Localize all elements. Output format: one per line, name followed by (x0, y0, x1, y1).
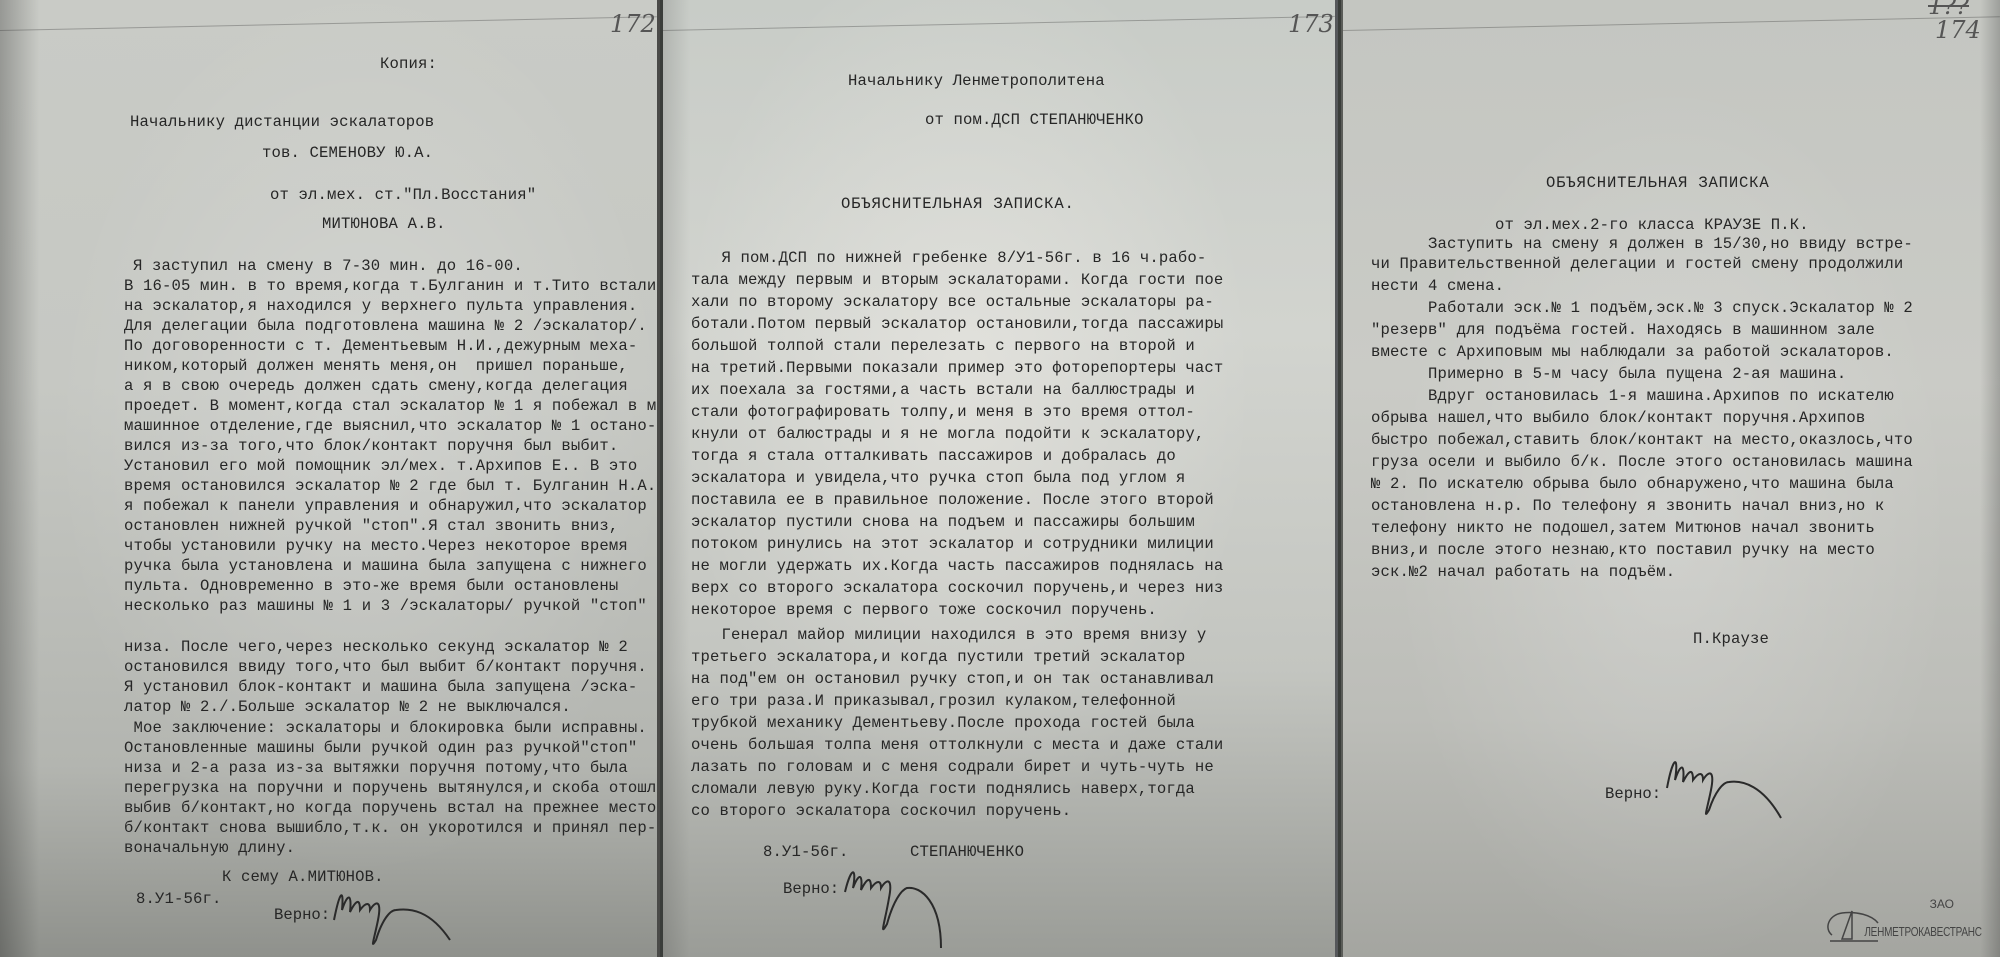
body-line: ботали.Потом первый эскалатор остановили… (691, 317, 1223, 333)
document-page-174: 1?? 174 ОБЪЯСНИТЕЛЬНАЯ ЗАПИСКА от эл.мех… (1341, 0, 2000, 957)
body-line: проедет. В момент,когда стал эскалатор №… (124, 399, 660, 415)
body-line: Я установил блок-контакт и машина была з… (124, 680, 637, 696)
company-watermark: ЗАО ЛЕНМЕТРОКАВЕСТРАНС (1822, 897, 1982, 947)
fold-line (1343, 16, 2000, 31)
certified-label: Верно: (274, 906, 330, 924)
document-title: ОБЪЯСНИТЕЛЬНАЯ ЗАПИСКА. (841, 197, 1075, 213)
body-line: очень большая толпа меня оттолкнули с ме… (691, 738, 1223, 754)
body-line: нести 4 смена. (1371, 279, 1504, 295)
document-date: 8.У1-56г. (136, 892, 222, 908)
closing-signature-text: П.Краузе (1693, 632, 1769, 648)
folio-number: 174 (1935, 16, 1981, 44)
watermark-company-name: ЛЕНМЕТРОКАВЕСТРАНС (1865, 925, 1982, 939)
fold-line (663, 16, 1335, 31)
body-line: выбив б/контакт,но когда поручень встал … (124, 801, 656, 817)
body-line: ником,который должен менять меня,он приш… (124, 359, 628, 375)
document-page-173: 173 Начальнику Ленметрополитена от пом.Д… (663, 0, 1338, 957)
body-line: остановлен нижней ручкой "стоп".Я стал з… (124, 519, 618, 535)
body-line: чи Правительственной делегации и гостей … (1371, 257, 1903, 273)
copy-mark: Копия: (380, 57, 437, 73)
body-line: на под"ем он остановил ручку стоп,и он т… (691, 672, 1214, 688)
body-line: хали по второму эскалатору все остальные… (691, 295, 1214, 311)
body-line: на третий.Первыми показали пример это фо… (691, 361, 1223, 377)
addressee-line: Начальнику Ленметрополитена (848, 74, 1105, 90)
body-line: латор № 2./.Больше эскалатор № 2 не выкл… (124, 700, 571, 716)
body-line: несколько раз машины № 1 и 3 /эскалаторы… (124, 599, 647, 615)
body-line: По договоренности с т. Дементьевым Н.И.,… (124, 339, 637, 355)
certified-label: Верно: (783, 880, 839, 898)
body-line: эскалатора и увидела,что ручка стоп была… (691, 471, 1185, 487)
body-line: время остановился эскалатор № 2 где был … (124, 479, 656, 495)
body-line: вместе с Архиповым мы наблюдали за работ… (1371, 345, 1894, 361)
handwritten-signature-icon (1663, 748, 1793, 828)
addressee-line: Начальнику дистанции эскалаторов (130, 115, 434, 131)
handwritten-signature-icon (841, 862, 971, 952)
body-line: стали фотографировать толпу,и меня в это… (691, 405, 1195, 421)
body-line: "резерв" для подъёма гостей. Находясь в … (1371, 323, 1875, 339)
body-line: его три раза.И приказывал,грозил кулаком… (691, 694, 1176, 710)
body-line: вился из-за того,что блок/контакт поручн… (124, 439, 618, 455)
body-line: Работали эск.№ 1 подъём,эск.№ 3 спуск.Эс… (1371, 301, 1913, 317)
body-line: эск.№2 начал работать на подъём. (1371, 565, 1675, 581)
body-line: кнули от балюстрады и я не могла подойти… (691, 427, 1204, 443)
body-line: пульта. Одновременно в это-же время были… (124, 579, 618, 595)
addressee-name: тов. СЕМЕНОВУ Ю.А. (262, 146, 433, 162)
body-line: Генерал майор милиции находился в это вр… (693, 628, 1206, 644)
body-line: перегрузка на поручни и поручень вытянул… (124, 781, 660, 797)
body-line: воначальную длину. (124, 841, 295, 857)
body-line: низа. После чего,через несколько секунд … (124, 640, 628, 656)
folio-number: 173 (1288, 10, 1334, 38)
body-line: большой толпой стали перелезать с первог… (691, 339, 1195, 355)
certified-label: Верно: (1605, 785, 1661, 803)
handwritten-signature-icon (330, 880, 460, 957)
body-line: остановлена н.р. По телефону я звонить н… (1371, 499, 1884, 515)
body-line: на эскалатор,я находился у верхнего пуль… (124, 299, 637, 315)
sender-line: от пом.ДСП СТЕПАНЮЧЕНКО (925, 113, 1144, 129)
body-line: их поехала за гостями,а часть встали на … (691, 383, 1195, 399)
document-title: ОБЪЯСНИТЕЛЬНАЯ ЗАПИСКА (1546, 176, 1769, 192)
body-line: со второго эскалатора соскочил поручень. (691, 804, 1071, 820)
folio-number: 172 (610, 10, 656, 38)
body-line: сломали левую руку.Когда гости поднялись… (691, 782, 1195, 798)
body-line: а я в свою очередь должен сдать смену,ко… (124, 379, 628, 395)
body-line: верх со второго эскалатора соскочил пору… (691, 581, 1223, 597)
body-line: В 16-05 мин. в то время,когда т.Булганин… (124, 279, 656, 295)
document-page-172: 172 Копия: Начальнику дистанции эскалато… (0, 0, 660, 957)
fold-line (0, 16, 657, 31)
body-line: трубкой механику Дементьеву.После проход… (691, 716, 1195, 732)
body-line: Для делегации была подготовлена машина №… (124, 319, 647, 335)
body-line: Вдруг остановилась 1-я машина.Архипов по… (1371, 389, 1894, 405)
body-line: Примерно в 5-м часу была пущена 2-ая маш… (1371, 367, 1846, 383)
body-line: Я заступил на смену в 7-30 мин. до 16-00… (114, 259, 523, 275)
document-date: 8.У1-56г. (763, 845, 849, 861)
sender-name: МИТЮНОВА А.В. (322, 217, 446, 233)
body-line: телефону никто не подошел,затем Митюнов … (1371, 521, 1875, 537)
body-line: остановился ввиду того,что был выбит б/к… (124, 660, 647, 676)
body-line: некоторое время с первого тоже соскочил … (691, 603, 1157, 619)
body-line: третьего эскалатора,и когда пустили трет… (691, 650, 1185, 666)
watermark-zao: ЗАО (1930, 897, 1954, 911)
sender-line: от эл.мех.2-го класса КРАУЗЕ П.К. (1495, 218, 1809, 234)
body-line: потоком ринулись на этот эскалатор и сот… (691, 537, 1214, 553)
sender-line: от эл.мех. ст."Пл.Восстания" (270, 188, 536, 204)
body-line: эскалатор пустили снова на подъем и пасс… (691, 515, 1195, 531)
body-line: Я пом.ДСП по нижней гребенке 8/У1-56г. в… (693, 251, 1206, 267)
body-line: Остановленные машины были ручкой один ра… (124, 741, 637, 757)
body-line: быстро побежал,ставить блок/контакт на м… (1371, 433, 1913, 449)
body-line: низа и 2-а раза из-за вытяжки поручня по… (124, 761, 628, 777)
body-line: Мое заключение: эскалаторы и блокировка … (124, 721, 647, 737)
body-line: Заступить на смену я должен в 15/30,но в… (1371, 237, 1913, 253)
closing-signature-text: СТЕПАНЮЧЕНКО (910, 845, 1024, 861)
body-line: № 2. По искателю обрыва было обнаружено,… (1371, 477, 1894, 493)
body-line: вниз,и после этого незнаю,кто поставил р… (1371, 543, 1875, 559)
body-line: обрыва нашел,что выбило блок/контакт пор… (1371, 411, 1865, 427)
body-line: тогда я стала отталкивать пассажиров и д… (691, 449, 1176, 465)
body-line: Установил его мой помощник эл/мех. т.Арх… (124, 459, 637, 475)
body-line: б/контакт снова вышибло,т.к. он укоротил… (124, 821, 656, 837)
body-line: я побежал к панели управления и обнаружи… (124, 499, 647, 515)
body-line: машинное отделение,где выяснил,что эскал… (124, 419, 656, 435)
body-line: лазать по головам и с меня содрали бирет… (691, 760, 1214, 776)
body-line: не могли удержать их.Когда часть пассажи… (691, 559, 1223, 575)
body-line: груза осели и выбило б/к. После этого ос… (1371, 455, 1913, 471)
body-line: ручка была установлена и машина была зап… (124, 559, 647, 575)
body-line: поставила ее в правильное положение. Пос… (691, 493, 1214, 509)
body-line: тала между первым и вторым эскалаторами.… (691, 273, 1223, 289)
body-line: чтобы установили ручку на место.Через не… (124, 539, 628, 555)
